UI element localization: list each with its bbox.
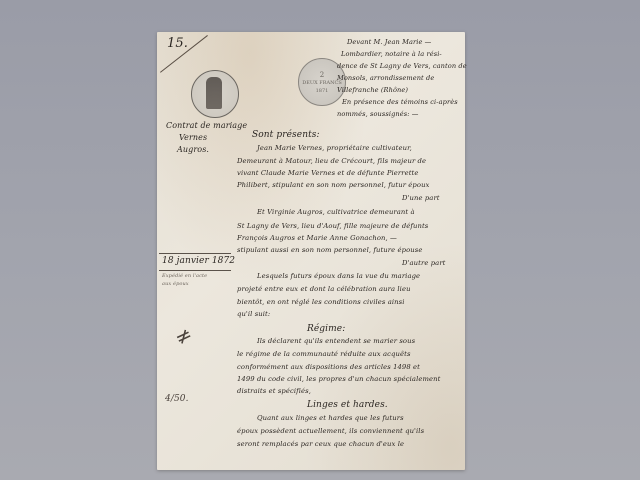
contract-line: seront remplacés par ceux que chacun d'e… [237,440,404,448]
contract-line: époux possèdent actuellement, ils convie… [237,427,424,435]
section-heading: Régime: [307,324,345,334]
party-label: D'une part [402,194,440,202]
notary-header-line: dence de St Lagny de Vers, canton de [337,62,467,70]
contract-line: Demeurant à Matour, lieu de Crécourt, fi… [237,157,426,165]
margin-note-2: aux époux [162,281,189,287]
justice-seal-stamp [191,70,239,118]
contract-line: Et Virginie Augros, cultivatrice demeura… [257,208,415,216]
contract-line: vivant Claude Marie Vernes et de défunte… [237,169,419,177]
contract-line: Philibert, stipulant en son nom personne… [237,181,429,189]
contract-line: le régime de la communauté réduite aux a… [237,350,411,358]
contract-line: François Augros et Marie Anne Gonachon, … [237,234,397,242]
margin-groom-name: Vernes [179,133,207,142]
contract-line: 1499 du code civil, les propres d'un cha… [237,375,440,383]
notary-header-line: Monsols, arrondissement de [337,74,434,82]
contract-line: projeté entre eux et dont la célébration… [237,285,411,293]
contract-line: Jean Marie Vernes, propriétaire cultivat… [257,144,412,152]
contract-line: distraits et spécifiés, [237,387,311,395]
contract-line: conformément aux dispositions des articl… [237,363,420,371]
margin-title: Contrat de mariage [166,121,247,130]
contract-line: qu'il suit: [237,310,270,318]
margin-fee: 4/50. [165,394,189,404]
document-page: 15. 2 DEUX FRANCS 1871 Devant M. Jean Ma… [157,32,465,470]
margin-note: Expédié en l'acte [162,273,207,279]
margin-date: 18 janvier 1872 [162,256,235,266]
notary-header-line: Devant M. Jean Marie — [347,38,431,46]
contract-line: Ils déclarent qu'ils entendent se marier… [257,337,415,345]
margin-rule-bottom [159,270,231,271]
notary-header-line: Lombardier, notaire à la rési- [341,50,442,58]
justice-figure-icon [206,77,222,109]
contract-line: Quant aux linges et hardes que les futur… [257,414,404,422]
contract-line: stipulant aussi en son nom personnel, fu… [237,246,422,254]
section-heading: Sont présents: [252,130,320,140]
contract-line: St Lagny de Vers, lieu d'Aouf, fille maj… [237,222,428,230]
notary-header-line: Villefranche (Rhône) [337,86,408,94]
notary-header-line: En présence des témoins ci-après [342,98,458,106]
notary-header-line: nommés, soussignés: — [337,110,418,118]
margin-scribble: ≠ [171,322,196,351]
folio-number: 15. [167,36,188,51]
margin-rule-top [159,253,231,254]
contract-line: bientôt, en ont réglé les conditions civ… [237,298,404,306]
margin-bride-name: Augros. [177,145,209,154]
section-heading: Linges et hardes. [307,400,388,410]
party-label: D'autre part [402,259,446,267]
contract-line: Lesquels futurs époux dans la vue du mar… [257,272,420,280]
